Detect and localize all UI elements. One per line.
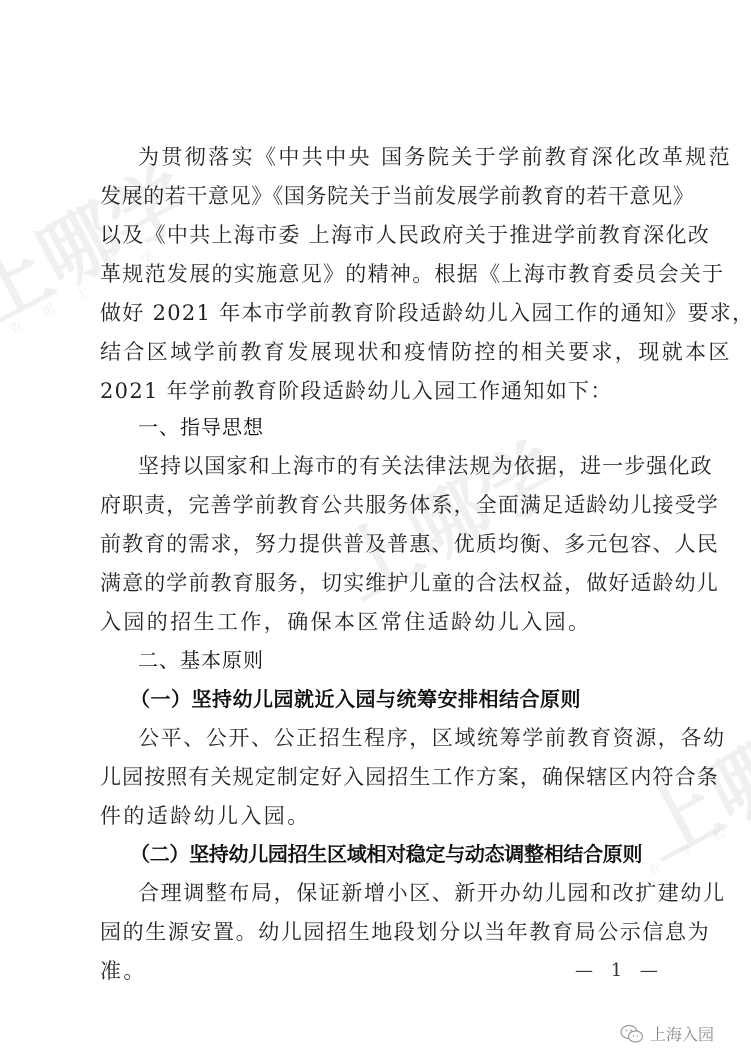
sub1-line: 件的适龄幼儿入园。: [100, 801, 668, 831]
subsection-heading-1: （一）坚持幼儿园就近入园与统筹安排相结合原则: [130, 684, 698, 714]
section1-line: 前教育的需求，努力提供普及普惠、优质均衡、多元包容、人民: [100, 529, 668, 559]
section-heading-basic-principles: 二、基本原则: [138, 645, 706, 675]
intro-line: 2021 年学前教育阶段适龄幼儿入园工作通知如下：: [100, 376, 668, 406]
section1-line: 坚持以国家和上海市的有关法律法规为依据，进一步强化政: [138, 451, 706, 481]
intro-line: 做好 2021 年本市学前教育阶段适龄幼儿入园工作的通知》要求，: [100, 298, 668, 328]
intro-line: 为贯彻落实《中共中央 国务院关于学前教育深化改革规范: [138, 142, 706, 172]
intro-line: 结合区域学前教育发展现状和疫情防控的相关要求，现就本区: [100, 337, 668, 367]
page-number: — 1 —: [575, 960, 664, 981]
document-page: 上哪学 查 用 上 哪 学 上哪学 上哪学 查 学 校 用 为贯彻落实《中共中央…: [0, 0, 751, 1063]
section1-line: 府职责，完善学前教育公共服务体系，全面满足适龄幼儿接受学: [100, 490, 668, 520]
subsection-heading-2: （二）坚持幼儿园招生区域相对稳定与动态调整相结合原则: [130, 839, 698, 869]
section1-line: 满意的学前教育服务，切实维护儿童的合法权益，做好适龄幼儿: [100, 568, 668, 598]
sub2-line: 合理调整布局，保证新增小区、新开办幼儿园和改扩建幼儿: [138, 878, 706, 908]
intro-line: 以及《中共上海市委 上海市人民政府关于推进学前教育深化改: [100, 220, 668, 250]
section1-line: 入园的招生工作，确保本区常住适龄幼儿入园。: [100, 607, 668, 637]
intro-line: 发展的若干意见》《国务院关于当前发展学前教育的若干意见》: [100, 181, 668, 211]
sub1-line: 儿园按照有关规定制定好入园招生工作方案，确保辖区内符合条: [100, 762, 668, 792]
section-heading-guiding-ideology: 一、指导思想: [138, 412, 706, 442]
intro-line: 革规范发展的实施意见》的精神。根据《上海市教育委员会关于: [100, 259, 668, 289]
footer-brand-name: 上海入园: [650, 1022, 714, 1045]
sub1-line: 公平、公开、公正招生程序，区域统筹学前教育资源，各幼: [138, 723, 706, 753]
wechat-icon: [620, 1024, 644, 1044]
sub2-line: 园的生源安置。幼儿园招生地段划分以当年教育局公示信息为: [100, 917, 668, 947]
footer-brand: 上海入园: [620, 1022, 714, 1045]
